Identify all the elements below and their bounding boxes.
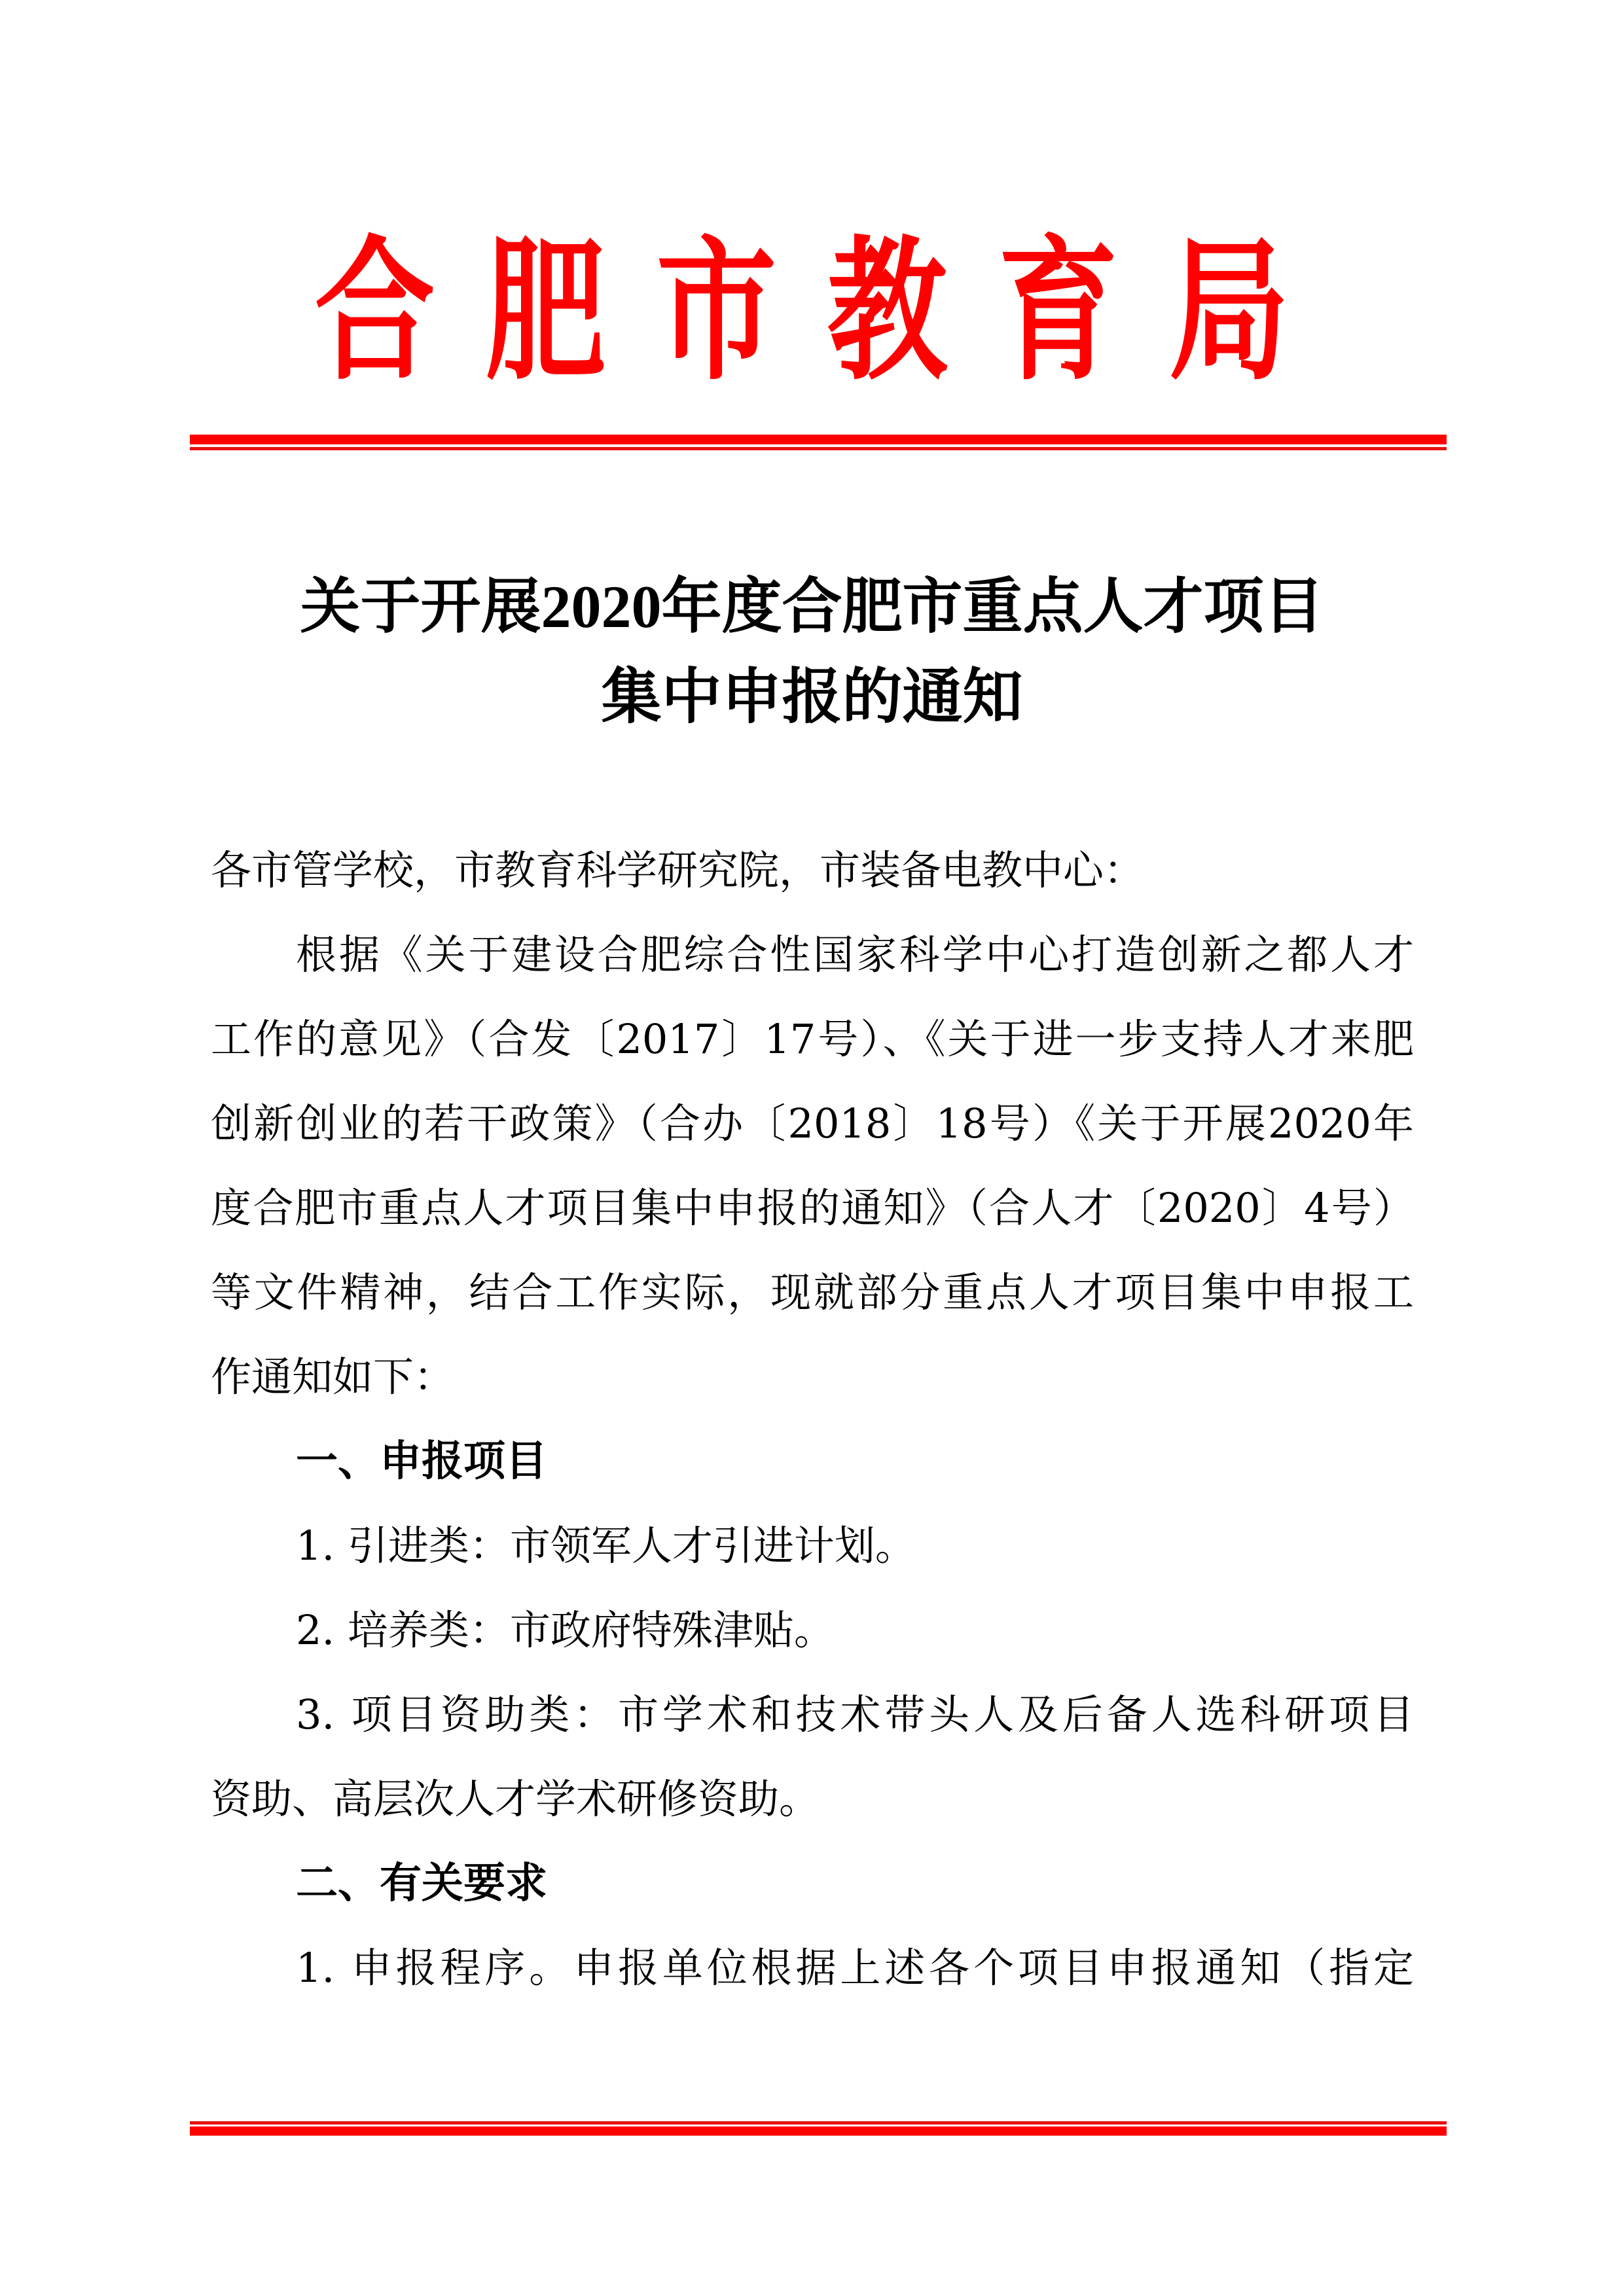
footer-rule-thin	[190, 2121, 1447, 2125]
paragraph-line: 等文件精神，结合工作实际，现就部分重点人才项目集中申报工	[211, 1257, 1414, 1329]
masthead-char: 育	[998, 216, 1118, 406]
salutation: 各市管学校，市教育科学研究院，市装备电教中心：	[211, 834, 1414, 906]
masthead-char: 局	[1169, 216, 1289, 406]
masthead-issuer: 合 肥 市 教 育 局	[298, 216, 1306, 406]
paragraph-line: 作通知如下：	[211, 1341, 1414, 1413]
masthead-char: 合	[315, 216, 435, 406]
document-title-line-1: 关于开展2020年度合肥市重点人才项目	[0, 571, 1624, 643]
list-item: 1. 引进类：市领军人才引进计划。	[296, 1510, 1414, 1582]
section-heading-2: 二、有关要求	[296, 1848, 1414, 1920]
list-item: 1. 申报程序。申报单位根据上述各个项目申报通知（指定	[296, 1932, 1414, 2004]
masthead-char: 市	[657, 216, 776, 406]
footer-rule-thick	[190, 2126, 1447, 2136]
paragraph-line: 创新创业的若干政策》（合办〔2018〕18号）《关于开展2020年	[211, 1088, 1414, 1160]
masthead-char: 教	[827, 216, 947, 406]
masthead-char: 肥	[486, 216, 605, 406]
list-item-continuation: 资助、高层次人才学术研修资助。	[211, 1763, 1414, 1835]
masthead-rule-thick	[190, 435, 1447, 444]
paragraph-line: 根据《关于建设合肥综合性国家科学中心打造创新之都人才	[296, 919, 1414, 991]
document-page: 合 肥 市 教 育 局 关于开展2020年度合肥市重点人才项目 集中申报的通知 …	[0, 0, 1624, 2296]
list-item: 2. 培养类：市政府特殊津贴。	[296, 1594, 1414, 1666]
paragraph-line: 工作的意见》（合发〔2017〕17号）、《关于进一步支持人才来肥	[211, 1003, 1414, 1075]
paragraph-line: 度合肥市重点人才项目集中申报的通知》（合人才〔2020〕4号）	[211, 1172, 1414, 1244]
document-title-line-2: 集中申报的通知	[0, 661, 1624, 733]
section-heading-1: 一、申报项目	[296, 1426, 1414, 1498]
masthead-rule-thin	[190, 447, 1447, 450]
list-item: 3. 项目资助类：市学术和技术带头人及后备人选科研项目	[296, 1679, 1414, 1751]
